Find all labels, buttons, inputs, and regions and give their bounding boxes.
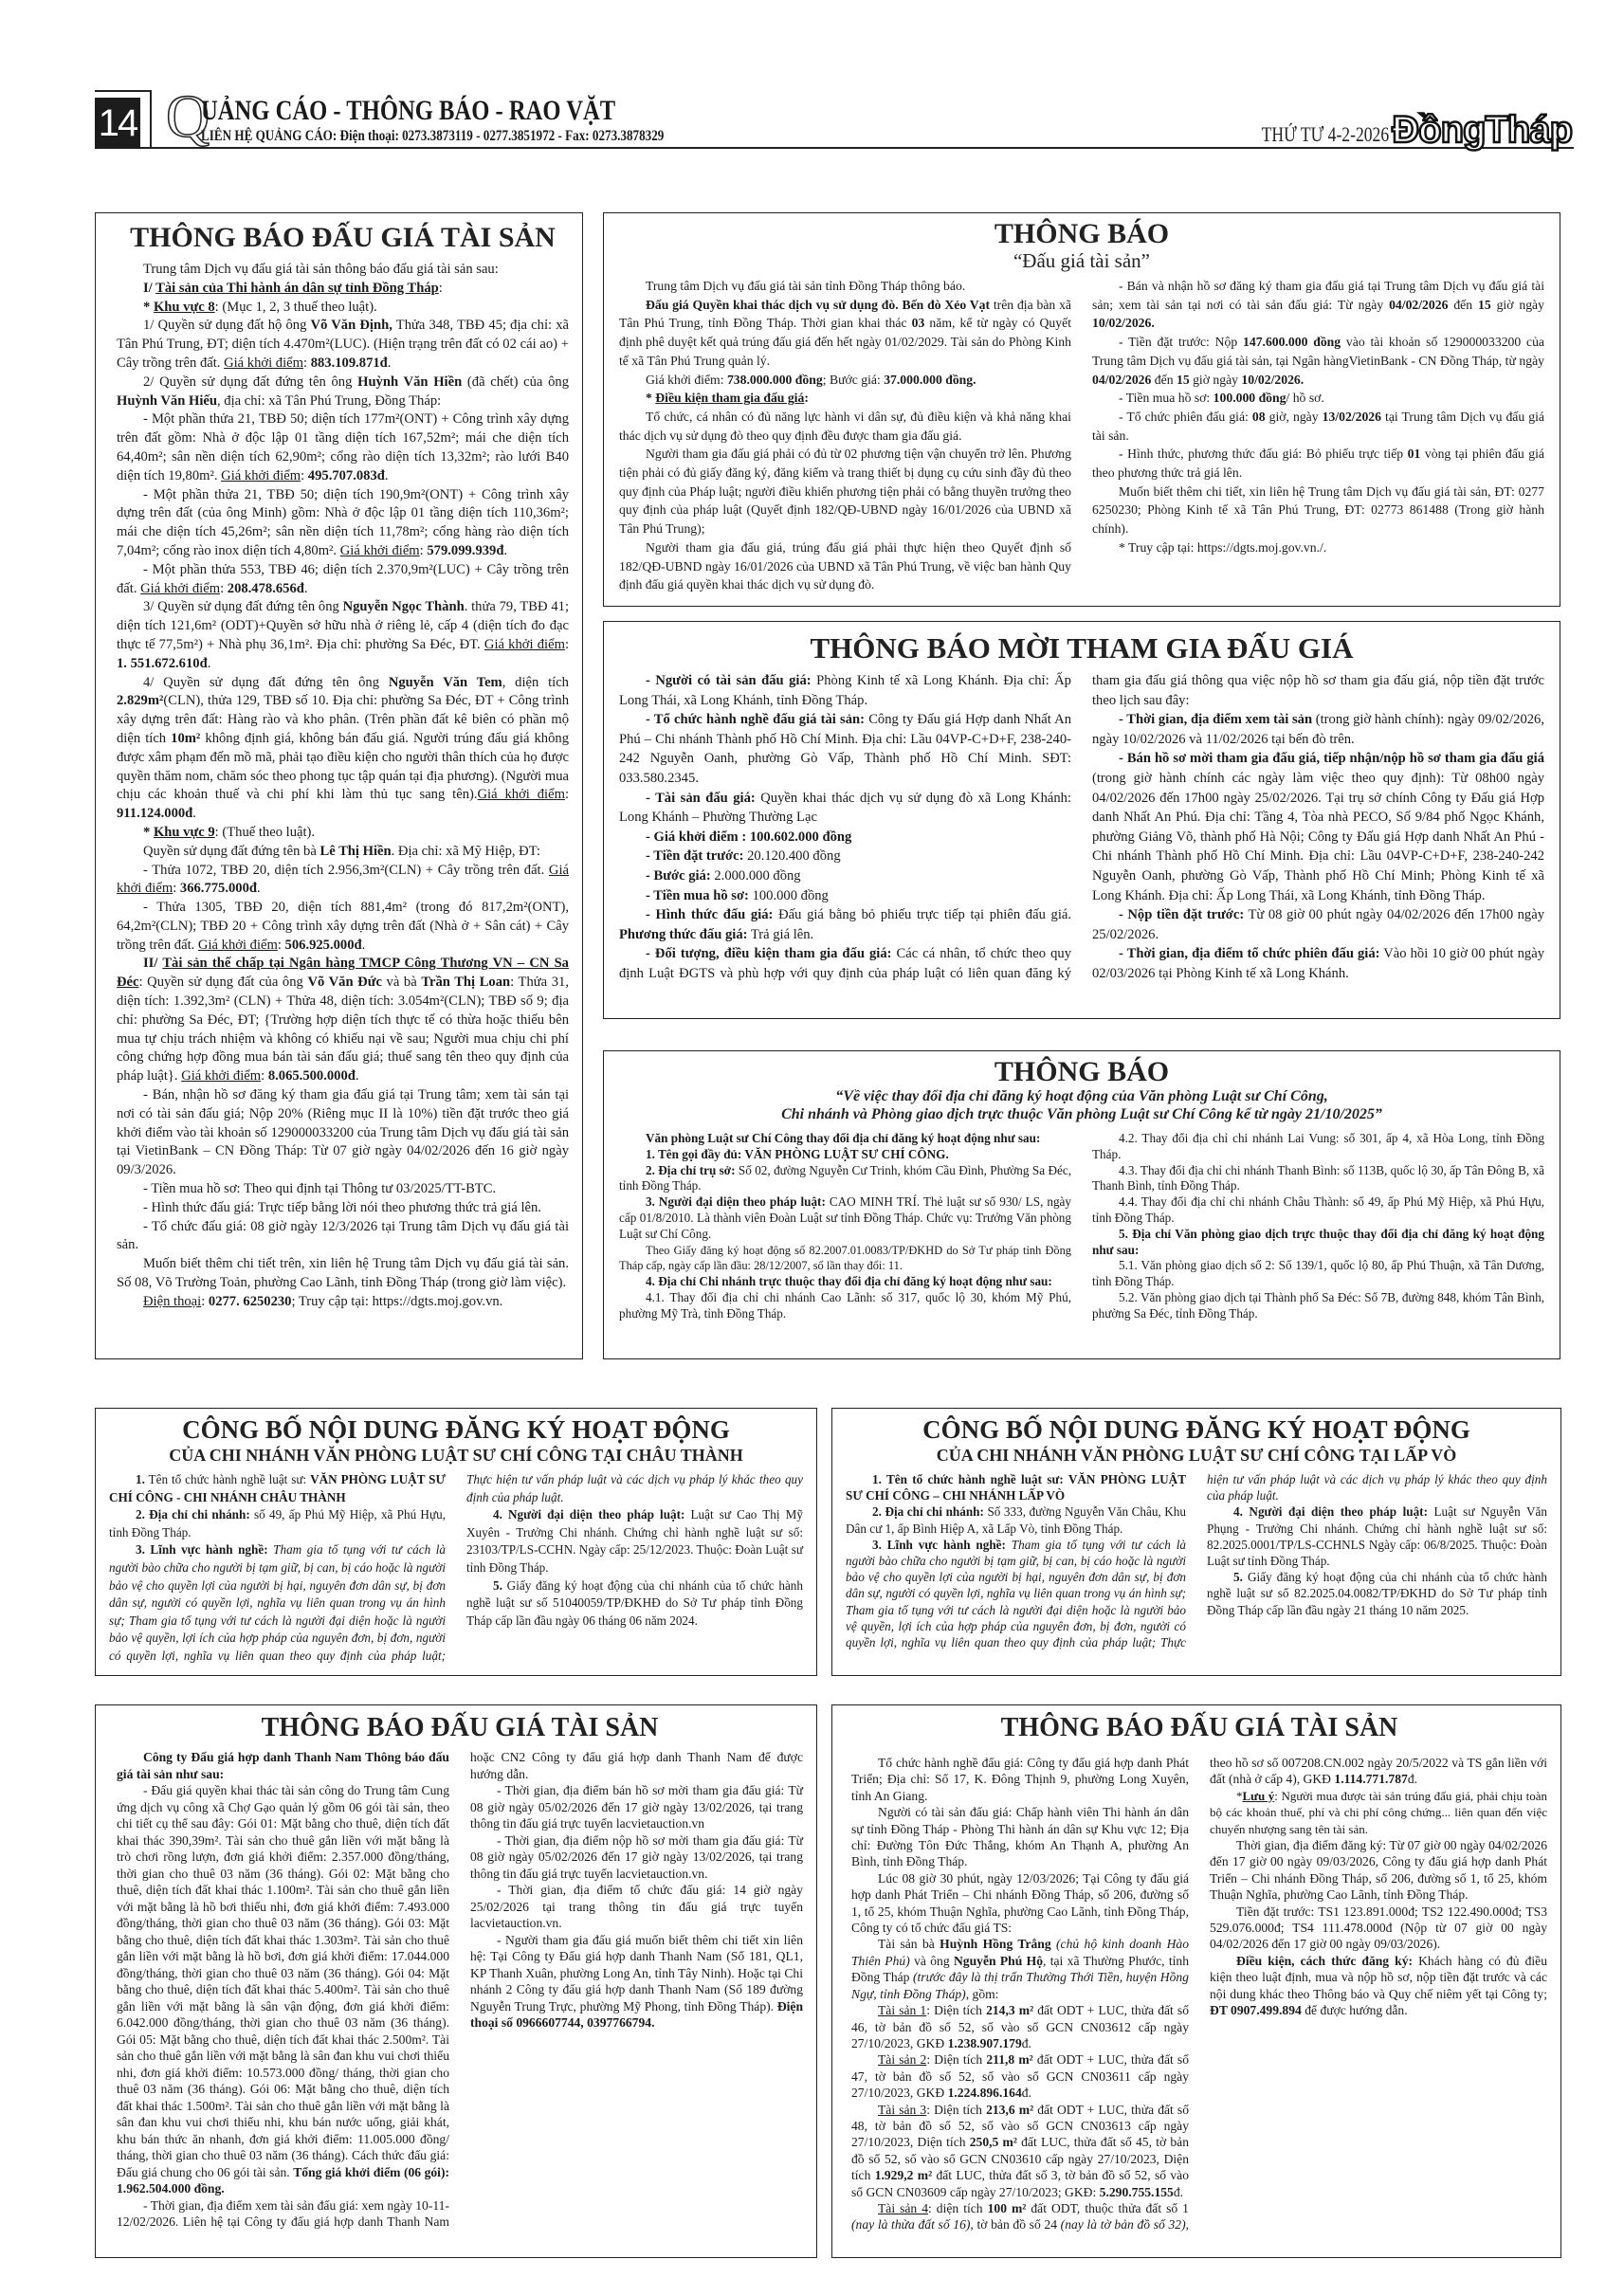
notice-title: THÔNG BÁO ĐẤU GIÁ TÀI SẢN <box>851 1711 1547 1745</box>
notice-subtitle: “Về việc thay đổi địa chỉ đăng ký hoạt đ… <box>619 1087 1544 1105</box>
notice-title: THÔNG BÁO MỜI THAM GIA ĐẤU GIÁ <box>619 631 1544 665</box>
notice-subtitle: CỦA CHI NHÁNH VĂN PHÒNG LUẬT SƯ CHÍ CÔNG… <box>846 1445 1547 1466</box>
notice-law-office-address: THÔNG BÁO “Về việc thay đổi địa chỉ đăng… <box>603 1050 1560 1359</box>
notice-asset-auction-1: THÔNG BÁO ĐẤU GIÁ TÀI SẢN Trung tâm Dịch… <box>95 212 583 1359</box>
website-link[interactable]: ; Truy cập tại: https://dgts.moj.gov.vn. <box>291 1294 502 1309</box>
notice-ferry-auction: THÔNG BÁO “Đấu giá tài sản” Trung tâm Dị… <box>603 212 1560 607</box>
branch-address: 4.4. Thay đổi địa chỉ chi nhánh Châu Thà… <box>1092 1194 1544 1227</box>
ad-contact-line: LIÊN HỆ QUẢNG CÁO: Điện thoại: 0273.3873… <box>201 128 664 145</box>
notice-body: 1. Tên tổ chức hành nghề luật sư: VĂN PH… <box>109 1471 803 1670</box>
notice-title: THÔNG BÁO ĐẤU GIÁ TÀI SẢN <box>117 1711 803 1745</box>
term: - Tiền mua hồ sơ: Theo qui định tại Thôn… <box>117 1180 569 1199</box>
section-title: UẢNG CÁO - THÔNG BÁO - RAO VẶT <box>201 96 615 126</box>
notice-title: CÔNG BỐ NỘI DUNG ĐĂNG KÝ HOẠT ĐỘNG <box>846 1414 1547 1445</box>
phone-number: 0277. 6250230 <box>209 1294 292 1309</box>
issue-date: THỨ TƯ 4-2-2026 <box>1261 122 1389 147</box>
notice-title: CÔNG BỐ NỘI DUNG ĐĂNG KÝ HOẠT ĐỘNG <box>109 1414 803 1445</box>
notice-subtitle: “Đấu giá tài sản” <box>619 249 1544 272</box>
divider <box>95 90 152 92</box>
newspaper-logo: ĐồngTháp <box>1392 109 1572 151</box>
notice-body: Trung tâm Dịch vụ đấu giá tài sản tỉnh Đ… <box>619 277 1544 599</box>
term: - Bán, nhận hồ sơ đăng ký tham gia đấu g… <box>117 1086 569 1180</box>
notice-body: Trung tâm Dịch vụ đấu giá tài sản thông … <box>117 261 569 1312</box>
website-link[interactable]: * Truy cập tại: https://dgts.moj.gov.vn.… <box>1092 538 1544 557</box>
office-address: 5.2. Văn phòng giao dịch tại Thành phố S… <box>1092 1290 1544 1322</box>
phone-number: ĐT 0907.499.894 <box>1210 2003 1302 2017</box>
branch-address: 4.2. Thay đổi địa chỉ chi nhánh Lai Vung… <box>1092 1131 1544 1163</box>
page-number: 14 <box>95 98 140 149</box>
divider <box>150 90 152 149</box>
masthead: 14 Q UẢNG CÁO - THÔNG BÁO - RAO VẶT LIÊN… <box>95 90 1574 149</box>
term: Muốn biết thêm chi tiết trên, xin liên h… <box>117 1255 569 1293</box>
notice-registration-lap-vo: CÔNG BỐ NỘI DUNG ĐĂNG KÝ HOẠT ĐỘNG CỦA C… <box>831 1408 1561 1676</box>
notice-body: 1. Tên tổ chức hành nghề luật sư: VĂN PH… <box>846 1471 1547 1670</box>
notice-body: Tổ chức hành nghề đấu giá: Công ty đấu g… <box>851 1755 1547 2243</box>
notice-invite-auction: THÔNG BÁO MỜI THAM GIA ĐẤU GIÁ - Người c… <box>603 621 1560 1019</box>
notice-title: THÔNG BÁO ĐẤU GIÁ TÀI SẢN <box>117 221 569 255</box>
branch-address: 4.3. Thay đổi địa chỉ chi nhánh Thanh Bì… <box>1092 1163 1544 1195</box>
notice-title: THÔNG BÁO <box>619 219 1544 249</box>
notice-body: - Người có tài sản đấu giá: Phòng Kinh t… <box>619 671 1544 1012</box>
notice-body: Công ty Đấu giá hợp danh Thanh Nam Thông… <box>117 1749 803 2242</box>
notice-body: Văn phòng Luật sư Chí Công thay đổi địa … <box>619 1131 1544 1349</box>
notice-registration-chau-thanh: CÔNG BỐ NỘI DUNG ĐĂNG KÝ HOẠT ĐỘNG CỦA C… <box>95 1408 817 1676</box>
notice-auction-phat-trien: THÔNG BÁO ĐẤU GIÁ TÀI SẢN Tổ chức hành n… <box>831 1704 1561 2258</box>
notice-subtitle: Chi nhánh và Phòng giao dịch trực thuộc … <box>619 1105 1544 1123</box>
branch-address: 4.1. Thay đổi địa chỉ chi nhánh Cao Lãnh… <box>619 1290 1071 1322</box>
notice-subtitle: CỦA CHI NHÁNH VĂN PHÒNG LUẬT SƯ CHÍ CÔNG… <box>109 1445 803 1466</box>
term: - Tổ chức đấu giá: 08 giờ ngày 12/3/2026… <box>117 1218 569 1256</box>
notice-auction-thanh-nam: THÔNG BÁO ĐẤU GIÁ TÀI SẢN Công ty Đấu gi… <box>95 1704 817 2258</box>
office-address: 5.1. Văn phòng giao dịch số 2: Số 139/1,… <box>1092 1258 1544 1290</box>
start-price: - Giá khởi điểm : 100.602.000 đồng <box>646 829 851 845</box>
term: - Hình thức đấu giá: Trực tiếp bằng lời … <box>117 1199 569 1218</box>
notice-title: THÔNG BÁO <box>619 1057 1544 1087</box>
